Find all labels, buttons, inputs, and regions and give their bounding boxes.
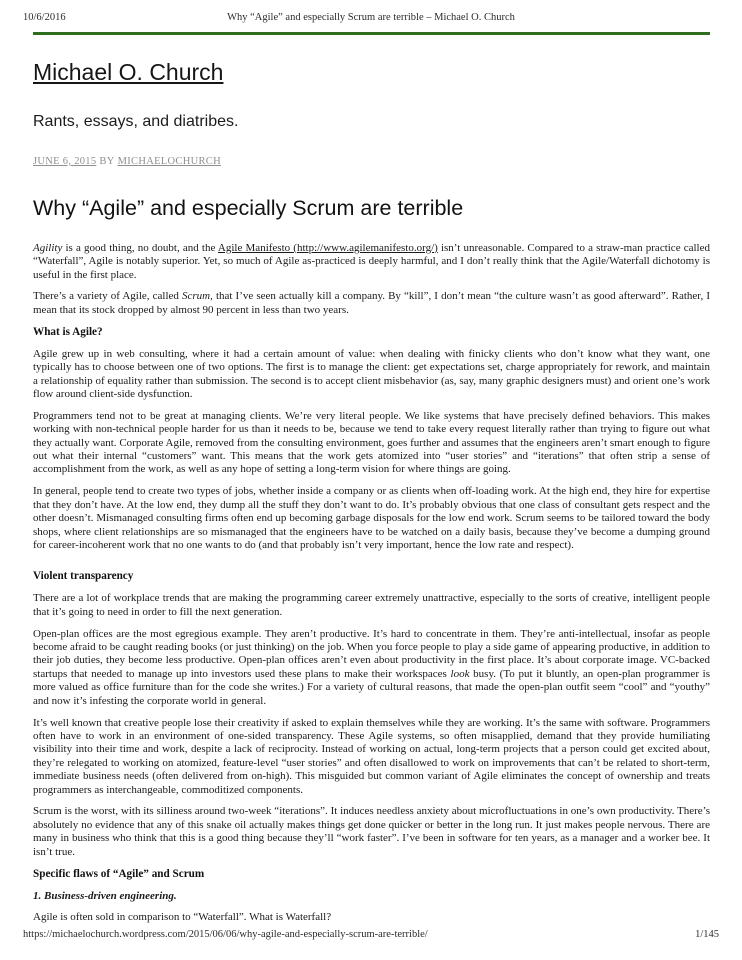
paragraph-scrum-kill: There’s a variety of Agile, called Scrum… bbox=[33, 290, 710, 317]
italic-scrum: Scrum bbox=[182, 290, 210, 302]
article-body: Agility is a good thing, no doubt, and t… bbox=[33, 242, 710, 925]
agile-manifesto-link[interactable]: Agile Manifesto (http://www.agilemanifes… bbox=[218, 242, 438, 254]
site-title-link[interactable]: Michael O. Church bbox=[33, 60, 223, 86]
post-author-link[interactable]: MICHAELOCHURCH bbox=[118, 156, 221, 167]
text-run: Agile grew up in web consulting, where i… bbox=[33, 348, 710, 400]
text-run: In general, people tend to create two ty… bbox=[33, 485, 710, 551]
italic-look: look bbox=[451, 668, 470, 680]
text-run: Scrum is the worst, with its silliness a… bbox=[33, 805, 710, 857]
print-footer-page-indicator: 1/145 bbox=[695, 929, 719, 940]
text-run: There’s a variety of Agile, called bbox=[33, 290, 182, 302]
print-header: 10/6/2016 Why “Agile” and especially Scr… bbox=[23, 12, 719, 26]
italic-agility: Agility bbox=[33, 242, 62, 254]
paragraph-web-consulting: Agile grew up in web consulting, where i… bbox=[33, 348, 710, 402]
print-footer: https://michaelochurch.wordpress.com/201… bbox=[23, 929, 719, 940]
paragraph-open-plan-offices: Open-plan offices are the most egregious… bbox=[33, 628, 710, 708]
paragraph-flaw-1: 1. Business-driven engineering. bbox=[33, 890, 710, 903]
printed-page: 10/6/2016 Why “Agile” and especially Scr… bbox=[0, 0, 742, 960]
flaw-1-heading: 1. Business-driven engineering. bbox=[33, 890, 177, 902]
paragraph-one-sided-transparency: It’s well known that creative people los… bbox=[33, 717, 710, 797]
paragraph-managing-clients: Programmers tend not to be great at mana… bbox=[33, 410, 710, 477]
print-header-date: 10/6/2016 bbox=[23, 12, 66, 23]
article-title: Why “Agile” and especially Scrum are ter… bbox=[33, 196, 710, 221]
post-date-link[interactable]: JUNE 6, 2015 bbox=[33, 156, 96, 167]
site-tagline: Rants, essays, and diatribes. bbox=[33, 113, 710, 131]
page-content: Michael O. Church Rants, essays, and dia… bbox=[33, 60, 710, 933]
paragraph-two-types-of-jobs: In general, people tend to create two ty… bbox=[33, 485, 710, 552]
heading-specific-flaws: Specific flaws of “Agile” and Scrum bbox=[33, 868, 710, 881]
post-meta-by: BY bbox=[99, 156, 114, 167]
paragraph-workplace-trends: There are a lot of workplace trends that… bbox=[33, 592, 710, 619]
text-run: There are a lot of workplace trends that… bbox=[33, 592, 710, 617]
text-run: is a good thing, no doubt, and the bbox=[62, 242, 218, 254]
print-footer-url: https://michaelochurch.wordpress.com/201… bbox=[23, 929, 428, 940]
print-header-title: Why “Agile” and especially Scrum are ter… bbox=[23, 12, 719, 23]
heading-violent-transparency: Violent transparency bbox=[33, 570, 710, 583]
text-run: It’s well known that creative people los… bbox=[33, 717, 710, 796]
post-meta: JUNE 6, 2015BYMICHAELOCHURCH bbox=[33, 156, 710, 167]
text-run: Programmers tend not to be great at mana… bbox=[33, 410, 710, 476]
paragraph-waterfall-question: Agile is often sold in comparison to “Wa… bbox=[33, 911, 710, 924]
heading-what-is-agile: What is Agile? bbox=[33, 326, 710, 339]
paragraph-scrum-is-the-worst: Scrum is the worst, with its silliness a… bbox=[33, 805, 710, 859]
top-rule bbox=[33, 32, 710, 35]
text-run: Agile is often sold in comparison to “Wa… bbox=[33, 911, 331, 923]
paragraph-agility-intro: Agility is a good thing, no doubt, and t… bbox=[33, 242, 710, 282]
